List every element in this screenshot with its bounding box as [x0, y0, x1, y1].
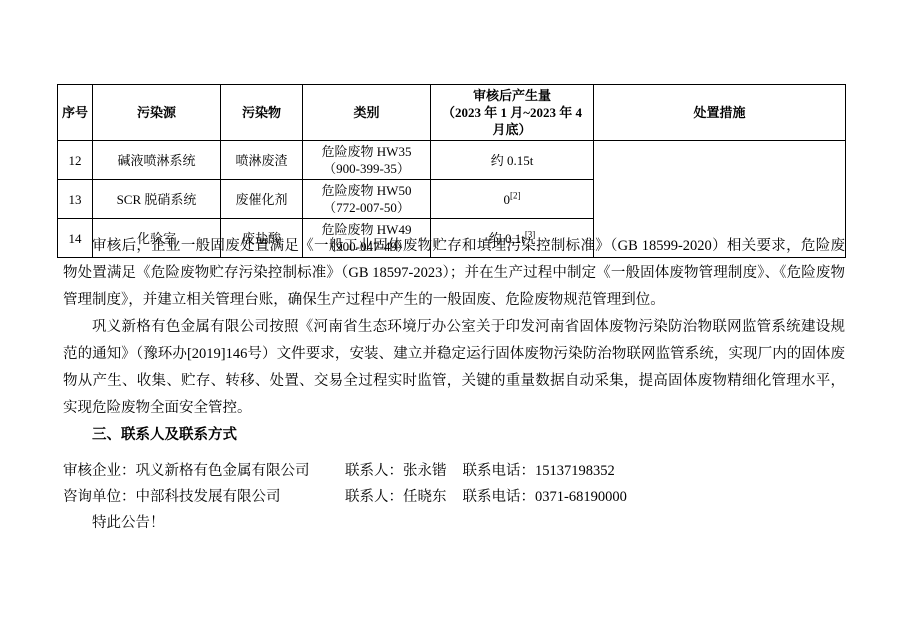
header-cell-source: 污染源	[93, 85, 221, 141]
contact-phone: 联系电话：15137198352	[463, 458, 615, 484]
cell-source: 碱液喷淋系统	[93, 141, 221, 180]
cell-no: 12	[58, 141, 93, 180]
cell-amount: 约 0.15t	[431, 141, 594, 180]
cell-category: 危险废物 HW35 （900-399-35）	[303, 141, 431, 180]
header-amount-title: 审核后产生量	[435, 87, 589, 104]
header-cell-amount: 审核后产生量 （2023 年 1 月~2023 年 4 月底）	[431, 85, 594, 141]
contact-person: 联系人：张永锴	[345, 458, 447, 484]
cell-category: 危险废物 HW50 （772-007-50）	[303, 180, 431, 219]
header-disposal-label: 处置措施	[693, 105, 745, 120]
cell-amount: 0[2]	[431, 180, 594, 219]
table-row: 12 碱液喷淋系统 喷淋废渣 危险废物 HW35 （900-399-35） 约 …	[58, 141, 846, 180]
cell-pollutant: 废催化剂	[221, 180, 303, 219]
closing-statement: 特此公告！	[63, 510, 845, 536]
contact-row-consulting-unit: 咨询单位：中部科技发展有限公司 联系人：任晓东 联系电话：0371-681900…	[63, 484, 845, 510]
contact-org: 咨询单位：中部科技发展有限公司	[63, 484, 345, 510]
contact-person-label: 联系人：	[345, 463, 403, 479]
category-name: 危险废物 HW50	[307, 182, 426, 199]
contact-person: 联系人：任晓东	[345, 484, 447, 510]
document-body: 审核后，企业一般固废处置满足《一般工业固体废物贮存和填埋污染控制标准》（GB 1…	[63, 233, 845, 536]
category-code: （772-007-50）	[307, 199, 426, 216]
cell-no: 13	[58, 180, 93, 219]
header-pollutant-label: 污染物	[242, 105, 281, 120]
header-category-label: 类别	[353, 105, 379, 120]
contact-row-audited-company: 审核企业：巩义新格有色金属有限公司 联系人：张永锴 联系电话：151371983…	[63, 458, 845, 484]
contact-org-value: 中部科技发展有限公司	[136, 489, 281, 505]
paragraph-iot-monitoring: 巩义新格有色金属有限公司按照《河南省生态环境厅办公室关于印发河南省固体废物污染防…	[63, 314, 845, 422]
category-name: 危险废物 HW35	[307, 143, 426, 160]
contact-phone: 联系电话：0371-68190000	[463, 484, 627, 510]
contact-phone-value: 0371-68190000	[535, 489, 627, 505]
table-header-row: 序号 污染源 污染物 类别 审核后产生量 （2023 年 1 月~2023 年 …	[58, 85, 846, 141]
pollutant-table: 序号 污染源 污染物 类别 审核后产生量 （2023 年 1 月~2023 年 …	[57, 84, 846, 258]
section-heading-contacts: 三、联系人及联系方式	[63, 422, 845, 449]
cell-source: SCR 脱硝系统	[93, 180, 221, 219]
header-cell-no: 序号	[58, 85, 93, 141]
header-cell-disposal: 处置措施	[594, 85, 846, 141]
header-cell-category: 类别	[303, 85, 431, 141]
contact-org-label: 审核企业：	[63, 463, 136, 479]
announcement-page: 序号 污染源 污染物 类别 审核后产生量 （2023 年 1 月~2023 年 …	[0, 0, 900, 629]
contact-phone-value: 15137198352	[535, 463, 615, 479]
header-no-label: 序号	[62, 105, 88, 120]
contact-person-value: 任晓东	[403, 489, 447, 505]
header-amount-period: （2023 年 1 月~2023 年 4 月底）	[435, 104, 589, 138]
contact-person-label: 联系人：	[345, 489, 403, 505]
contact-org-label: 咨询单位：	[63, 489, 136, 505]
category-code: （900-399-35）	[307, 160, 426, 177]
contact-org: 审核企业：巩义新格有色金属有限公司	[63, 458, 345, 484]
amount-footnote-ref: [2]	[510, 190, 521, 200]
contact-person-value: 张永锴	[403, 463, 447, 479]
amount-value: 约 0.15t	[491, 153, 534, 168]
contact-phone-label: 联系电话：	[463, 489, 536, 505]
contact-phone-label: 联系电话：	[463, 463, 536, 479]
contacts-block: 审核企业：巩义新格有色金属有限公司 联系人：张永锴 联系电话：151371983…	[63, 458, 845, 510]
header-cell-pollutant: 污染物	[221, 85, 303, 141]
cell-pollutant: 喷淋废渣	[221, 141, 303, 180]
header-source-label: 污染源	[137, 105, 176, 120]
contact-org-value: 巩义新格有色金属有限公司	[136, 463, 310, 479]
paragraph-audit-compliance: 审核后，企业一般固废处置满足《一般工业固体废物贮存和填埋污染控制标准》（GB 1…	[63, 233, 845, 314]
